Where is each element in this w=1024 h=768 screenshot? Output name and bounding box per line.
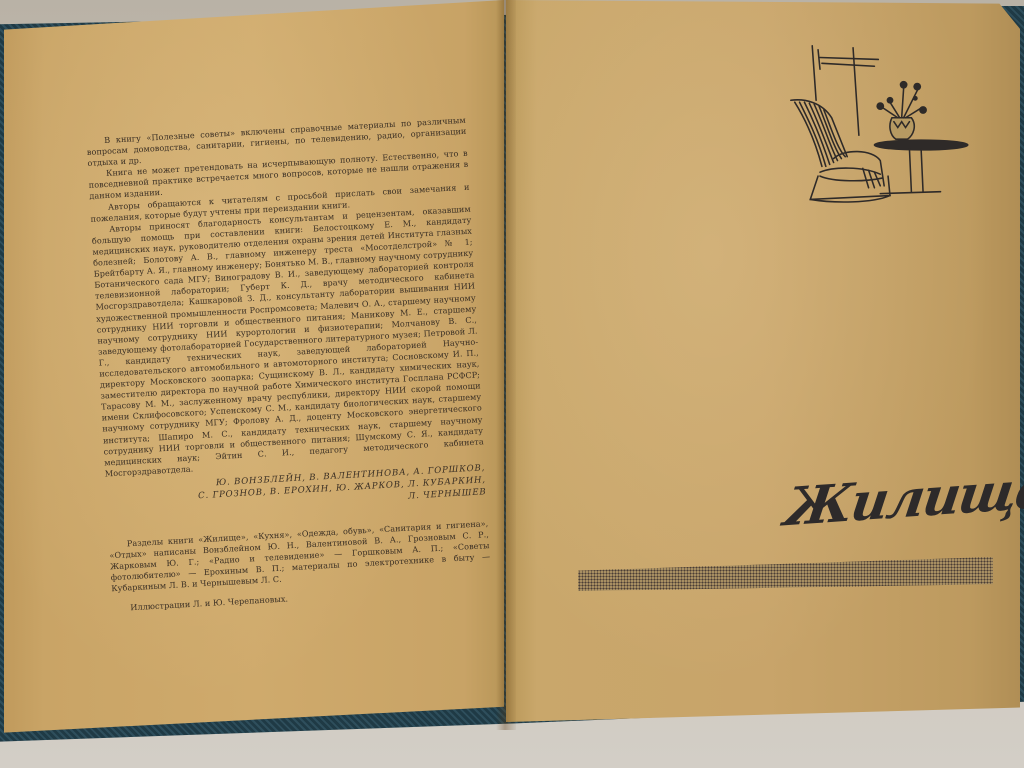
paragraph: Авторы приносят благодарность консультан… [91, 203, 485, 479]
section-credits: Разделы книги «Жилище», «Кухня», «Одежда… [109, 518, 492, 595]
preface-text: В книгу «Полезные советы» включены справ… [86, 115, 492, 615]
credits-text: Разделы книги «Жилище», «Кухня», «Одежда… [109, 518, 492, 595]
armchair-table-flowers-illustration [775, 40, 970, 215]
book-gutter [496, 0, 516, 730]
book-photo: В книгу «Полезные советы» включены справ… [0, 0, 1024, 768]
